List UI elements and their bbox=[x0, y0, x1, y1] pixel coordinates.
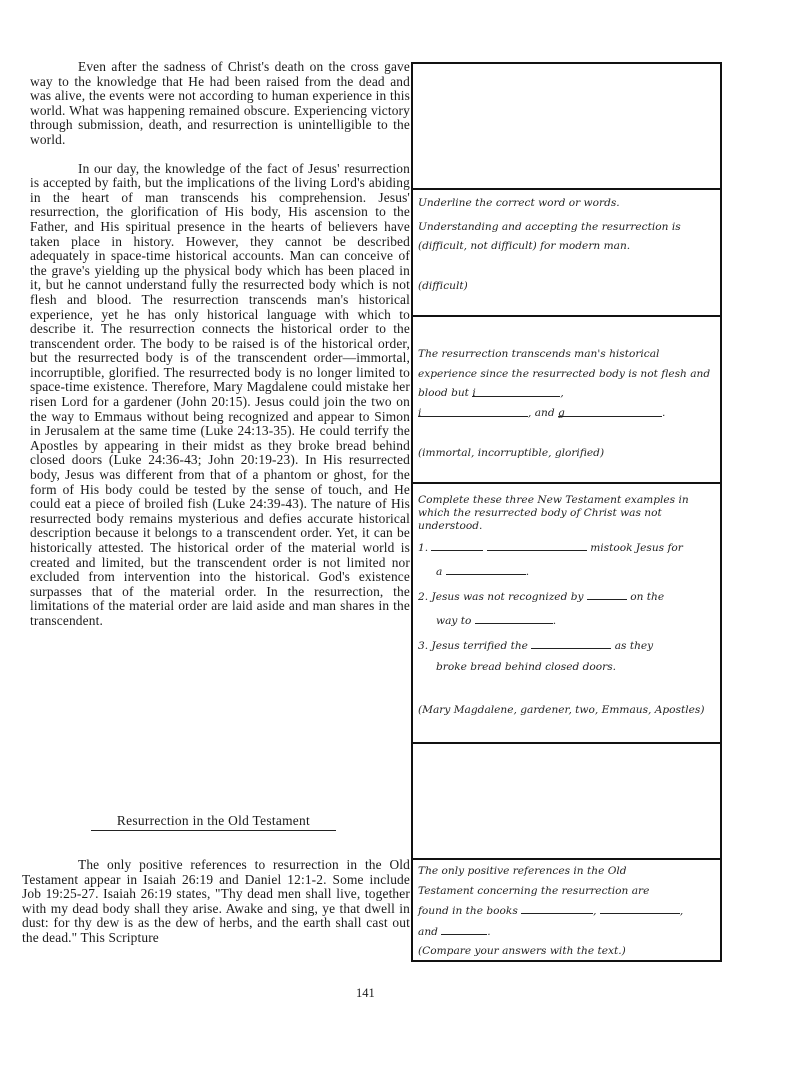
frame-4-item-3-cont: broke bread behind closed doors. bbox=[418, 658, 716, 678]
frame-5-blank bbox=[413, 742, 720, 858]
frame-3-question-text: The resurrection transcends man's histor… bbox=[418, 348, 710, 399]
blank-book-2[interactable] bbox=[600, 901, 680, 914]
item-text: and bbox=[418, 926, 438, 938]
item-text: Jesus terrified the bbox=[431, 640, 527, 652]
blank-gardener[interactable] bbox=[446, 562, 526, 575]
page-number: 141 bbox=[356, 986, 375, 1001]
frame-3-answer: (immortal, incorruptible, glorified) bbox=[418, 444, 716, 464]
blank-emmaus[interactable] bbox=[475, 611, 553, 624]
frame-2-instruction: Underline the correct word or words. bbox=[418, 194, 716, 214]
frame-3: The resurrection transcends man's histor… bbox=[413, 315, 720, 482]
item-number: 1. bbox=[418, 542, 428, 554]
item-text: found in the books bbox=[418, 905, 518, 917]
item-text: mistook Jesus for bbox=[590, 542, 683, 554]
blank-incorruptible[interactable]: i bbox=[418, 404, 528, 417]
blank-glorified[interactable]: g bbox=[558, 404, 662, 417]
workbook-frames: Underline the correct word or words. Und… bbox=[411, 62, 722, 962]
paragraph-3: The only positive references to resurrec… bbox=[22, 858, 410, 946]
frame-1-blank bbox=[413, 64, 720, 188]
main-text-column: Even after the sadness of Christ's death… bbox=[30, 60, 410, 629]
blank-magdalene[interactable] bbox=[487, 538, 587, 551]
frame-2-answer: (difficult) bbox=[418, 277, 716, 297]
blank-two[interactable] bbox=[587, 587, 627, 600]
frame-4-item-2: 2. Jesus was not recognized by on the bbox=[418, 587, 716, 608]
frame-4-item-1: 1. mistook Jesus for bbox=[418, 538, 716, 559]
item-text: way to bbox=[436, 615, 471, 627]
blank-book-3[interactable] bbox=[441, 922, 487, 935]
item-text: as they bbox=[615, 640, 653, 652]
blank-hint: i bbox=[472, 387, 475, 399]
item-text: a bbox=[436, 566, 442, 578]
item-number: 3. bbox=[418, 640, 428, 652]
frame-2: Underline the correct word or words. Und… bbox=[413, 188, 720, 315]
frame-6-line-2: Testament concerning the resurrection ar… bbox=[418, 882, 716, 902]
frame-3-question: The resurrection transcends man's histor… bbox=[418, 345, 716, 423]
blank-immortal[interactable]: i bbox=[472, 384, 560, 397]
frame-6-line-3: found in the books , , bbox=[418, 901, 716, 922]
frame-4-answer: (Mary Magdalene, gardener, two, Emmaus, … bbox=[418, 704, 716, 717]
paragraph-1: Even after the sadness of Christ's death… bbox=[30, 60, 410, 148]
blank-apostles[interactable] bbox=[531, 636, 611, 649]
item-text: Jesus was not recognized by bbox=[431, 591, 583, 603]
item-text: on the bbox=[630, 591, 664, 603]
blank-hint: i bbox=[418, 407, 421, 419]
frame-4-item-3: 3. Jesus terrified the as they bbox=[418, 636, 716, 657]
blank-mary[interactable] bbox=[431, 538, 483, 551]
frame-4: Complete these three New Testament examp… bbox=[413, 482, 720, 742]
paragraph-2: In our day, the knowledge of the fact of… bbox=[30, 162, 410, 629]
item-number: 2. bbox=[418, 591, 428, 603]
document-page: Even after the sadness of Christ's death… bbox=[0, 0, 799, 1078]
frame-6-line-1: The only positive references in the Old bbox=[418, 862, 716, 882]
main-text-column-lower: The only positive references to resurrec… bbox=[22, 858, 410, 946]
blank-book-1[interactable] bbox=[521, 901, 593, 914]
frame-2-question: Understanding and accepting the resurrec… bbox=[418, 218, 716, 257]
frame-6-line-4: and . bbox=[418, 922, 716, 943]
frame-4-item-1-cont: a . bbox=[418, 562, 716, 583]
frame-6: The only positive references in the Old … bbox=[413, 858, 720, 960]
frame-6-note: (Compare your answers with the text.) bbox=[418, 942, 716, 962]
section-heading: Resurrection in the Old Testament bbox=[91, 813, 336, 831]
blank-hint: g bbox=[558, 407, 565, 419]
frame-4-item-2-cont: way to . bbox=[418, 611, 716, 632]
frame-3-and: , and bbox=[528, 407, 555, 419]
frame-4-instruction: Complete these three New Testament examp… bbox=[418, 494, 716, 533]
